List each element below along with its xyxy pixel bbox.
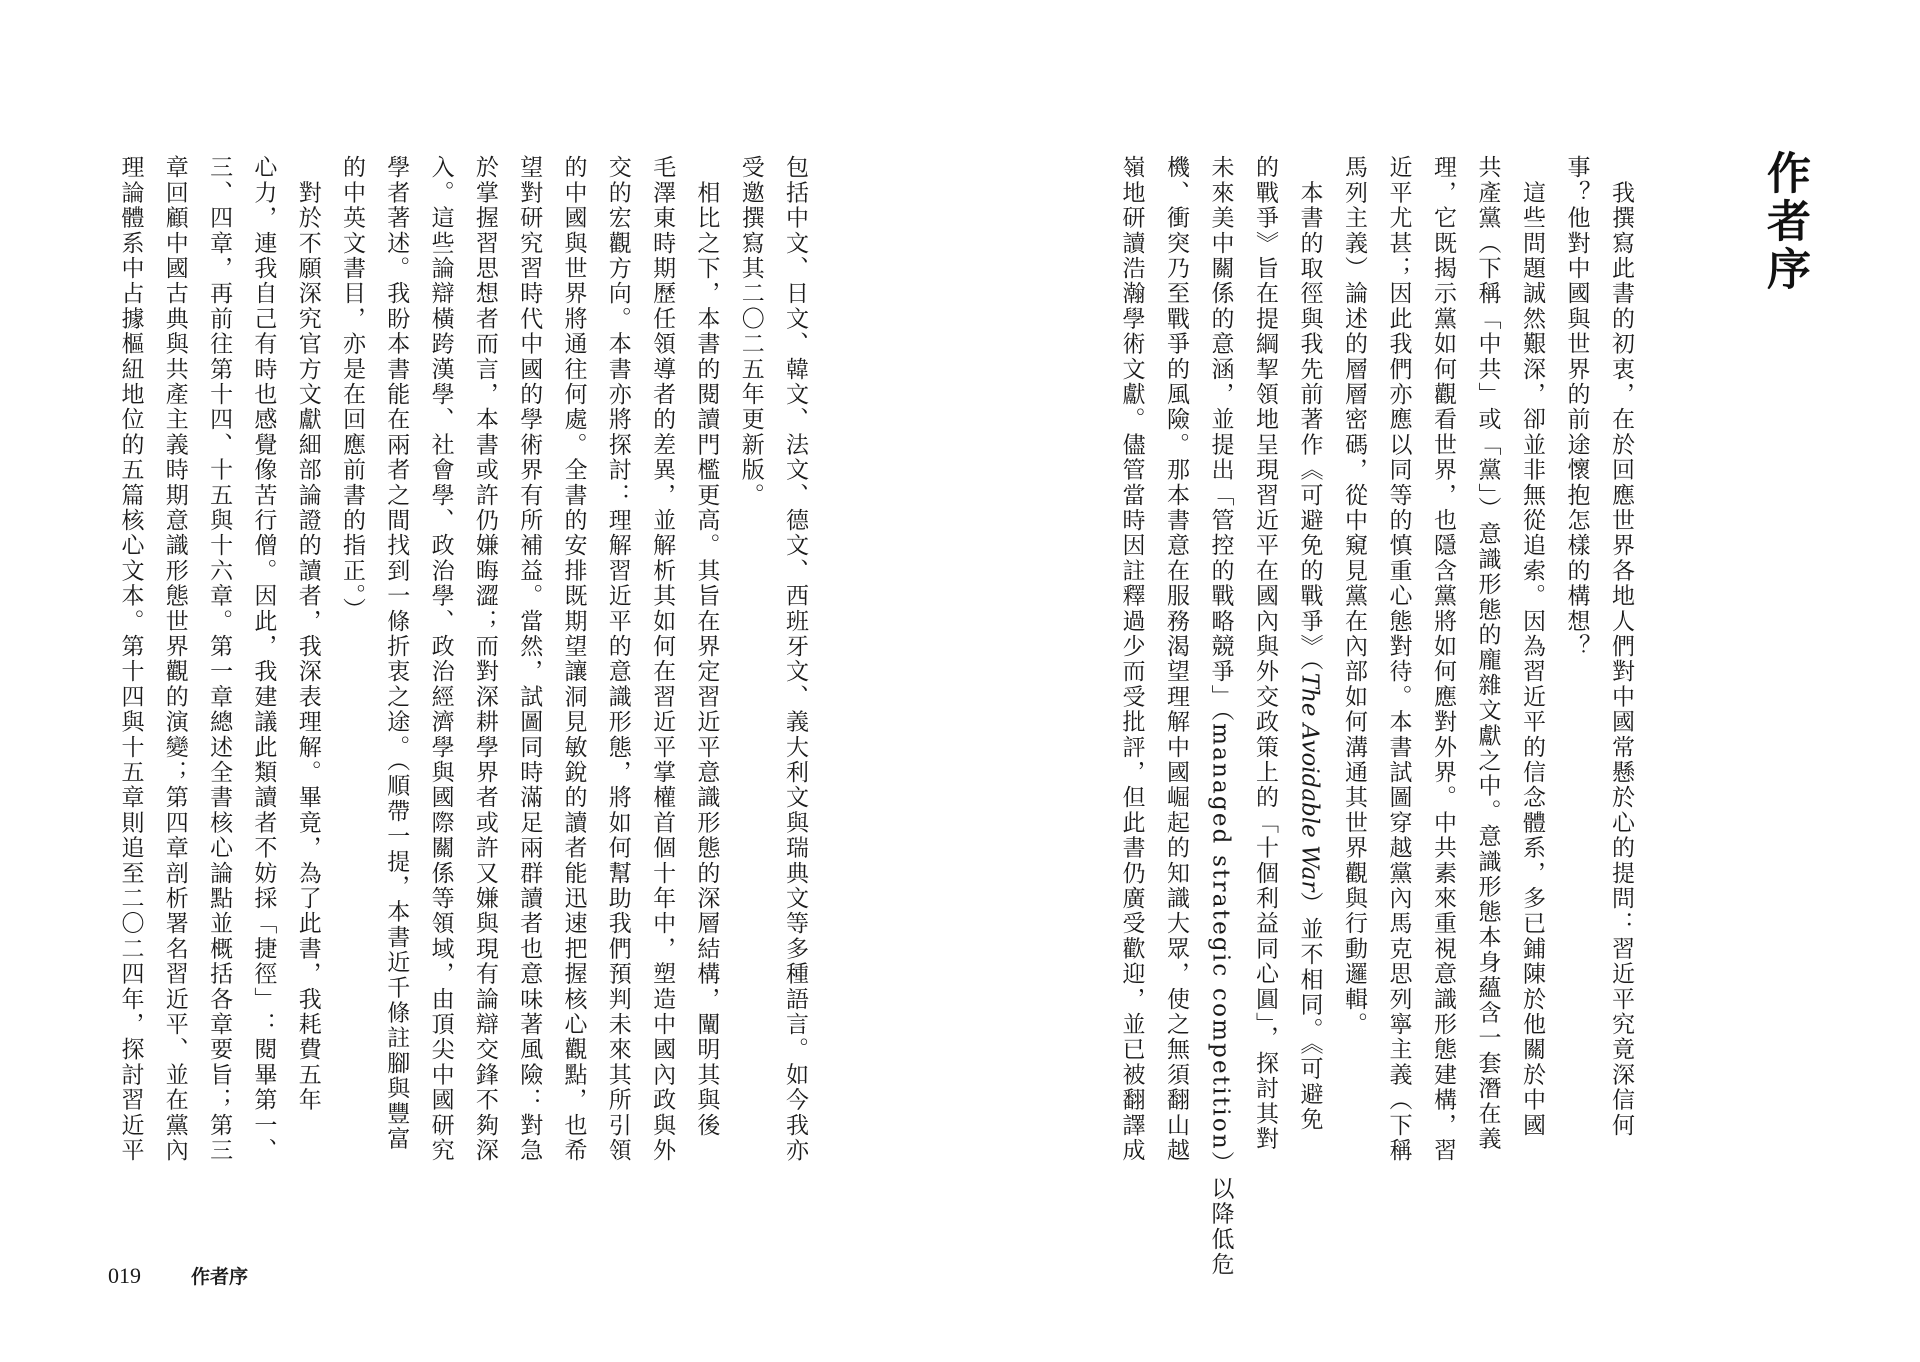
text-column: 包括中文、日文、韓文、法文、德文、西班牙文、義大利文與瑞典文等多種語言。如今我亦	[777, 155, 807, 1170]
text-column: 共產黨（下稱「中共」或「黨」）意識形態的龐雜文獻之中。意識形態本身蘊含一套潛在義	[1470, 155, 1500, 1170]
text-column: 近平尤甚；因此我們亦應以同等的慎重心態對待。本書試圖穿越黨內馬克思列寧主義（下稱	[1381, 155, 1411, 1170]
text-column: 的中國與世界將通往何處。全書的安排既期望讓洞見敏銳的讀者能迅速把握核心觀點，也希	[556, 155, 586, 1170]
text-column: 的中英文書目，亦是在回應前書的指正。）	[334, 155, 364, 1170]
text-column: 理論體系中占據樞紐地位的五篇核心文本。第十四與十五章則追至二〇二四年，探討習近平	[113, 155, 143, 1170]
text-column: 受邀撰寫其二〇二五年更新版。	[733, 155, 763, 1170]
text-column: 事？他對中國與世界的前途懷抱怎樣的構想？	[1559, 155, 1589, 1170]
text-column: 章回顧中國古典與共產主義時期意識形態世界觀的演變；第四章剖析署名習近平、並在黨內	[157, 155, 187, 1170]
right-page: 作者序 我撰寫此書的初衷，在於回應世界各地人們對中國常懸於心的提問：習近平究竟深…	[960, 0, 1920, 1362]
running-head-section-title: 作者序	[191, 1262, 248, 1289]
text-column: 相比之下，本書的閱讀門檻更高。其旨在界定習近平意識形態的深層結構，闡明其與後	[688, 155, 718, 1170]
text-column: 對於不願深究官方文獻細部論證的讀者，我深表理解。畢竟，為了此書，我耗費五年	[290, 155, 320, 1170]
italic-title: The Avoidable War	[1297, 673, 1323, 892]
text-column: 交的宏觀方向。本書亦將探討：理解習近平的意識形態，將如何幫助我們預判未來其所引領	[600, 155, 630, 1170]
text-column: 本書的取徑與我先前著作《可避免的戰爭》（The Avoidable War）並不…	[1292, 155, 1322, 1170]
page-number: 019	[108, 1263, 141, 1289]
text-column: 學者著述。我盼本書能在兩者之間找到一條折衷之途。（順帶一提，本書近千條註腳與豐富	[378, 155, 408, 1170]
text-column: 機、衝突乃至戰爭的風險。那本書意在服務渴望理解中國崛起的知識大眾，使之無須翻山越	[1158, 155, 1188, 1170]
text-column: 我撰寫此書的初衷，在於回應世界各地人們對中國常懸於心的提問：習近平究竟深信何	[1603, 155, 1633, 1170]
chapter-title: 作者序	[1766, 150, 1816, 294]
text-column: 理，它既揭示黨如何觀看世界，也隱含黨將如何應對外界。中共素來重視意識形態建構，習	[1425, 155, 1455, 1170]
text-column: 毛澤東時期歷任領導者的差異，並解析其如何在習近平掌權首個十年中，塑造中國內政與外	[644, 155, 674, 1170]
text-column: 馬列主義）論述的層層密碼，從中窺見黨在內部如何溝通其世界觀與行動邏輯。	[1336, 155, 1366, 1170]
text-column: 未來美中關係的意涵，並提出「管控的戰略競爭」（managed strategic…	[1203, 155, 1233, 1170]
text-column: 於掌握習思想者而言，本書或許仍嫌晦澀；而對深耕學界者或許又嫌與現有論辯交鋒不夠深	[467, 155, 497, 1170]
text-column: 這些問題誠然艱深，卻並非無從追索。因為習近平的信念體系，多已鋪陳於他關於中國	[1514, 155, 1544, 1170]
text-column: 望對研究習時代中國的學術界有所補益。當然，試圖同時滿足兩群讀者也意味著風險：對急	[511, 155, 541, 1170]
text-column: 三、四章，再前往第十四、十五與十六章。第一章總述全書核心論點並概括各章要旨；第三	[201, 155, 231, 1170]
text-column: 入。這些論辯橫跨漢學、社會學、政治學、政治經濟學與國際關係等領域，由頂尖中國研究	[423, 155, 453, 1170]
left-page: 包括中文、日文、韓文、法文、德文、西班牙文、義大利文與瑞典文等多種語言。如今我亦…	[0, 0, 960, 1362]
text-column: 嶺地研讀浩瀚學術文獻。儘管當時因註釋過少而受批評，但此書仍廣受歡迎，並已被翻譯成	[1114, 155, 1144, 1170]
left-page-footer: 019 作者序	[108, 1262, 248, 1289]
text-column: 的戰爭》旨在提綱挈領地呈現習近平在國內與外交政策上的「十個利益同心圓」，探討其對	[1247, 155, 1277, 1170]
text-column: 心力，連我自己有時也感覺像苦行僧。因此，我建議此類讀者不妨採「捷徑」：閱畢第一、	[245, 155, 275, 1170]
